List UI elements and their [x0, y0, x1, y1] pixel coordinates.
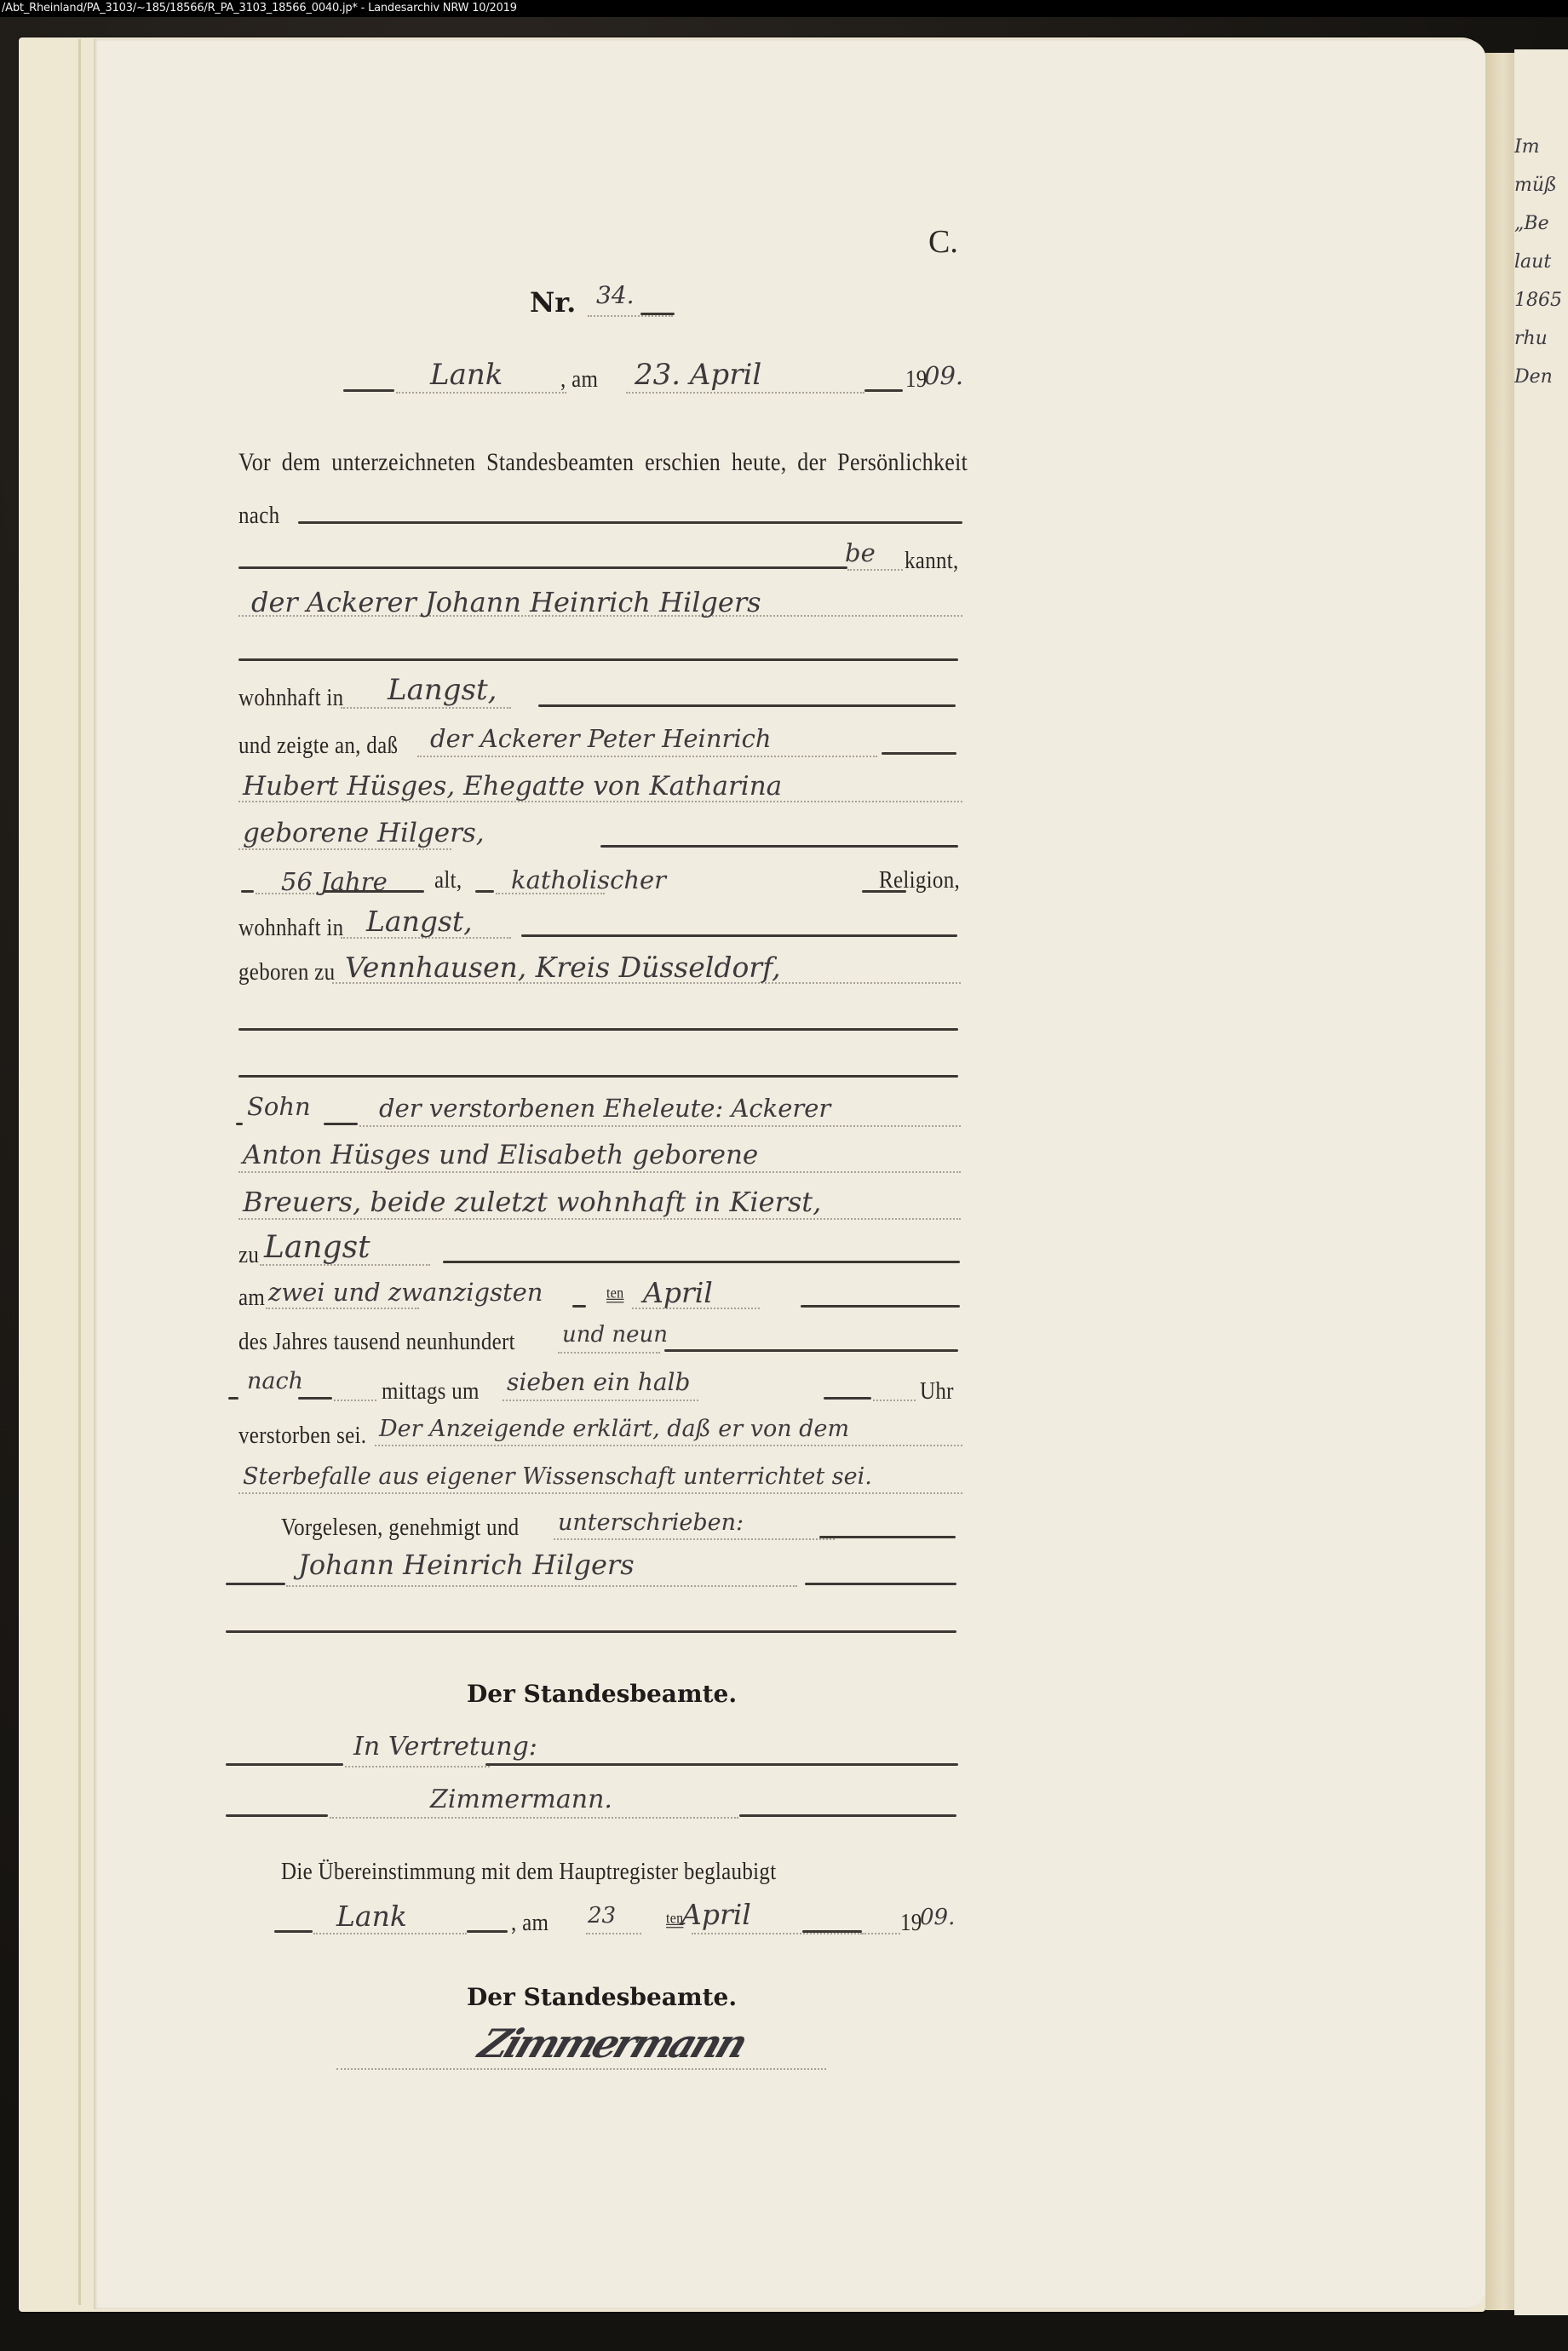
signature-dotted-line [336, 2068, 826, 2070]
death-record-form: C. Nr. 34. Lank , am 23. April 19 09. Vo… [0, 0, 1568, 2351]
kannt-prefix: be [845, 538, 876, 567]
rule [640, 313, 675, 315]
wohnhaft-label: wohnhaft in [238, 685, 343, 712]
rule [324, 890, 424, 893]
rule [572, 1305, 586, 1308]
number-label: Nr. [530, 286, 576, 319]
rule [802, 1930, 862, 1933]
geboren-label: geboren zu [238, 959, 335, 986]
declaration-line-2: Sterbefalle aus eigener Wissenschaft unt… [243, 1463, 872, 1490]
vorgelesen-hand: unterschrieben: [558, 1509, 744, 1536]
rule [238, 566, 847, 569]
alt-label: alt, [434, 867, 462, 894]
dotted-line [862, 1933, 900, 1934]
zeigte-label: und zeigte an, daß [238, 733, 398, 760]
cert-signature: Zimmermann [473, 2020, 751, 2066]
dotted-line [359, 1125, 961, 1127]
kannt-label: kannt, [905, 548, 959, 575]
cert-heading: Der Standesbeamte. [467, 1983, 737, 2011]
series-letter: C. [928, 223, 958, 261]
dotted-line [375, 1445, 962, 1446]
rule [228, 1397, 238, 1400]
rule [298, 1397, 332, 1400]
parents-line-3: Breuers, beide zuletzt wohnhaft in Kiers… [243, 1186, 821, 1218]
dotted-line [847, 569, 903, 571]
rule [241, 890, 254, 893]
dotted-line [238, 1171, 961, 1173]
deceased-line-1: der Ackerer Peter Heinrich [430, 724, 772, 753]
rule [226, 1763, 343, 1766]
dotted-line [558, 1352, 660, 1354]
dotted-line [266, 1308, 419, 1309]
religion: katholischer [511, 865, 666, 894]
relation-to-parents: Sohn [247, 1092, 311, 1121]
rule [226, 1583, 285, 1585]
rule [443, 1261, 960, 1263]
record-number: 34. [596, 281, 635, 309]
registrar-capacity: In Vertretung: [353, 1732, 537, 1762]
death-place: Langst [264, 1230, 370, 1265]
dotted-line [341, 707, 511, 709]
am-label: , am [560, 366, 598, 394]
dotted-line [286, 1585, 797, 1587]
rule [882, 752, 956, 755]
dotted-line [417, 756, 877, 757]
deceased-line-2: Hubert Hüsges, Ehegatte von Katharina [243, 771, 782, 802]
dotted-line [238, 1492, 962, 1494]
deceased-residence: Langst, [366, 905, 473, 938]
cert-place: Lank [336, 1900, 407, 1933]
vorgelesen-label: Vorgelesen, genehmigt und [281, 1515, 519, 1542]
dotted-line [334, 1400, 376, 1401]
rule [238, 1028, 958, 1031]
deceased-line-3: geborene Hilgers, [243, 818, 485, 848]
jahres-label: des Jahres tausend neunhundert [238, 1329, 515, 1356]
mittags-label: mittags um [382, 1378, 480, 1405]
rule [343, 389, 394, 392]
parents-line-1: der verstorbenen Eheleute: Ackerer [379, 1094, 830, 1123]
rule [226, 1814, 328, 1817]
declaration-line-1: Der Anzeigende erklärt, daß er von dem [379, 1416, 849, 1442]
rule [864, 389, 903, 392]
dotted-line [692, 1933, 862, 1934]
cert-year-prefix: 19 [900, 1910, 922, 1937]
rule [824, 1397, 871, 1400]
dotted-line [588, 315, 673, 317]
dotted-line [313, 1933, 467, 1934]
place-of-record: Lank [430, 358, 503, 392]
dotted-line [503, 1400, 698, 1401]
death-time: sieben ein halb [507, 1368, 690, 1396]
am-label-2: am [238, 1285, 265, 1312]
rule [664, 1349, 958, 1352]
death-month: April [643, 1276, 713, 1309]
dotted-line [330, 1817, 738, 1819]
dotted-line [396, 392, 566, 394]
informant-name: der Ackerer Johann Heinrich Hilgers [251, 586, 761, 618]
time-prefix: nach [247, 1368, 303, 1394]
informant-signature: Johann Heinrich Hilgers [298, 1549, 635, 1581]
rule [801, 1305, 960, 1308]
ten-label: ten [606, 1285, 623, 1303]
certification-text: Die Übereinstimmung mit dem Hauptregiste… [281, 1859, 776, 1886]
zu-label: zu [238, 1242, 259, 1269]
rule [324, 1123, 358, 1125]
rule [274, 1930, 313, 1933]
rule [298, 521, 962, 524]
verstorben-label: verstorben sei. [238, 1423, 366, 1450]
rule [236, 1123, 243, 1125]
wohnhaft-label-2: wohnhaft in [238, 915, 343, 942]
rule [739, 1814, 956, 1817]
rule [538, 704, 956, 707]
rule [238, 658, 958, 661]
cert-am-label: , am [511, 1910, 549, 1937]
dotted-line [626, 392, 864, 394]
dotted-line [238, 1218, 961, 1220]
dotted-line [345, 1766, 490, 1768]
death-day: zwei und zwanzigsten [268, 1278, 543, 1307]
birthplace: Vennhausen, Kreis Düsseldorf, [345, 951, 781, 984]
record-date: 23. April [635, 358, 761, 392]
religion-label: Religion, [879, 867, 960, 894]
cert-year-suffix: 09. [920, 1905, 955, 1930]
nach-label: nach [238, 503, 279, 530]
uhr-label: Uhr [920, 1378, 954, 1405]
rule [238, 1075, 958, 1078]
rule [819, 1536, 956, 1538]
dotted-line [238, 848, 451, 850]
cert-day: 23 [588, 1903, 616, 1929]
registrar-name: Zimmermann. [430, 1785, 612, 1814]
dotted-line [586, 1933, 641, 1934]
parents-line-2: Anton Hüsges und Elisabeth geborene [243, 1140, 758, 1170]
rule [805, 1583, 956, 1585]
rule [485, 1763, 958, 1766]
cert-month: April [681, 1898, 751, 1931]
rule [467, 1930, 508, 1933]
informant-residence: Langst, [388, 673, 497, 707]
rule [226, 1630, 956, 1633]
rule [521, 934, 957, 937]
registrar-heading: Der Standesbeamte. [467, 1680, 737, 1708]
dotted-line [873, 1400, 916, 1401]
dotted-line [554, 1538, 835, 1540]
rule [600, 845, 958, 848]
intro-text: Vor dem unterzeichneten Standesbeamten e… [238, 448, 968, 478]
rule [475, 890, 494, 893]
death-year-words: und neun [562, 1322, 668, 1348]
year-suffix: 09. [924, 361, 963, 390]
